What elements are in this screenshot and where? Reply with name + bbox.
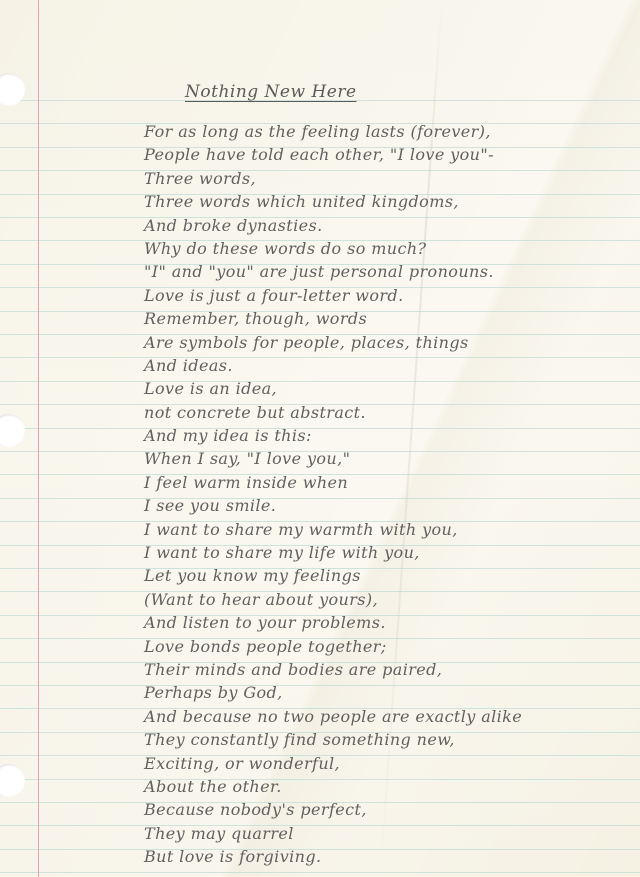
notebook-page: Nothing New Here For as long as the feel… <box>0 0 640 877</box>
poem-line: Why do these words do so much? <box>144 237 522 260</box>
poem-body: For as long as the feeling lasts (foreve… <box>144 120 522 869</box>
margin-line <box>38 0 39 877</box>
poem-line: Love is an idea, <box>144 377 522 400</box>
poem-line: Perhaps by God, <box>144 681 522 704</box>
punch-hole-top <box>0 73 25 106</box>
poem-line: And listen to your problems. <box>144 611 522 634</box>
ruled-line <box>0 872 640 873</box>
poem-line: They constantly find something new, <box>144 728 522 751</box>
poem-line: Their minds and bodies are paired, <box>144 658 522 681</box>
poem-line: I want to share my life with you, <box>144 541 522 564</box>
poem-line: About the other. <box>144 775 522 798</box>
poem-line: And ideas. <box>144 354 522 377</box>
poem-line: Remember, though, words <box>144 307 522 330</box>
poem-line: I see you smile. <box>144 494 522 517</box>
poem-line: not concrete but abstract. <box>144 401 522 424</box>
poem-line: When I say, "I love you," <box>144 447 522 470</box>
poem-line: And because no two people are exactly al… <box>144 705 522 728</box>
poem-line: And my idea is this: <box>144 424 522 447</box>
poem-line: Three words, <box>144 167 522 190</box>
poem-line: But love is forgiving. <box>144 845 522 868</box>
poem-line: People have told each other, "I love you… <box>144 143 522 166</box>
poem-line: And broke dynasties. <box>144 214 522 237</box>
poem-line: I want to share my warmth with you, <box>144 518 522 541</box>
poem-line: For as long as the feeling lasts (foreve… <box>144 120 522 143</box>
poem-line: "I" and "you" are just personal pronouns… <box>144 260 522 283</box>
poem-line: Let you know my feelings <box>144 564 522 587</box>
poem-line: (Want to hear about yours), <box>144 588 522 611</box>
punch-hole-bottom <box>0 764 25 797</box>
punch-hole-middle <box>0 414 25 447</box>
poem-line: Love is just a four-letter word. <box>144 284 522 307</box>
poem-line: Are symbols for people, places, things <box>144 331 522 354</box>
poem-line: Exciting, or wonderful, <box>144 752 522 775</box>
poem-line: I feel warm inside when <box>144 471 522 494</box>
poem-line: Three words which united kingdoms, <box>144 190 522 213</box>
poem-line: They may quarrel <box>144 822 522 845</box>
poem-line: Because nobody's perfect, <box>144 798 522 821</box>
poem-line: Love bonds people together; <box>144 635 522 658</box>
poem-title: Nothing New Here <box>185 82 357 102</box>
